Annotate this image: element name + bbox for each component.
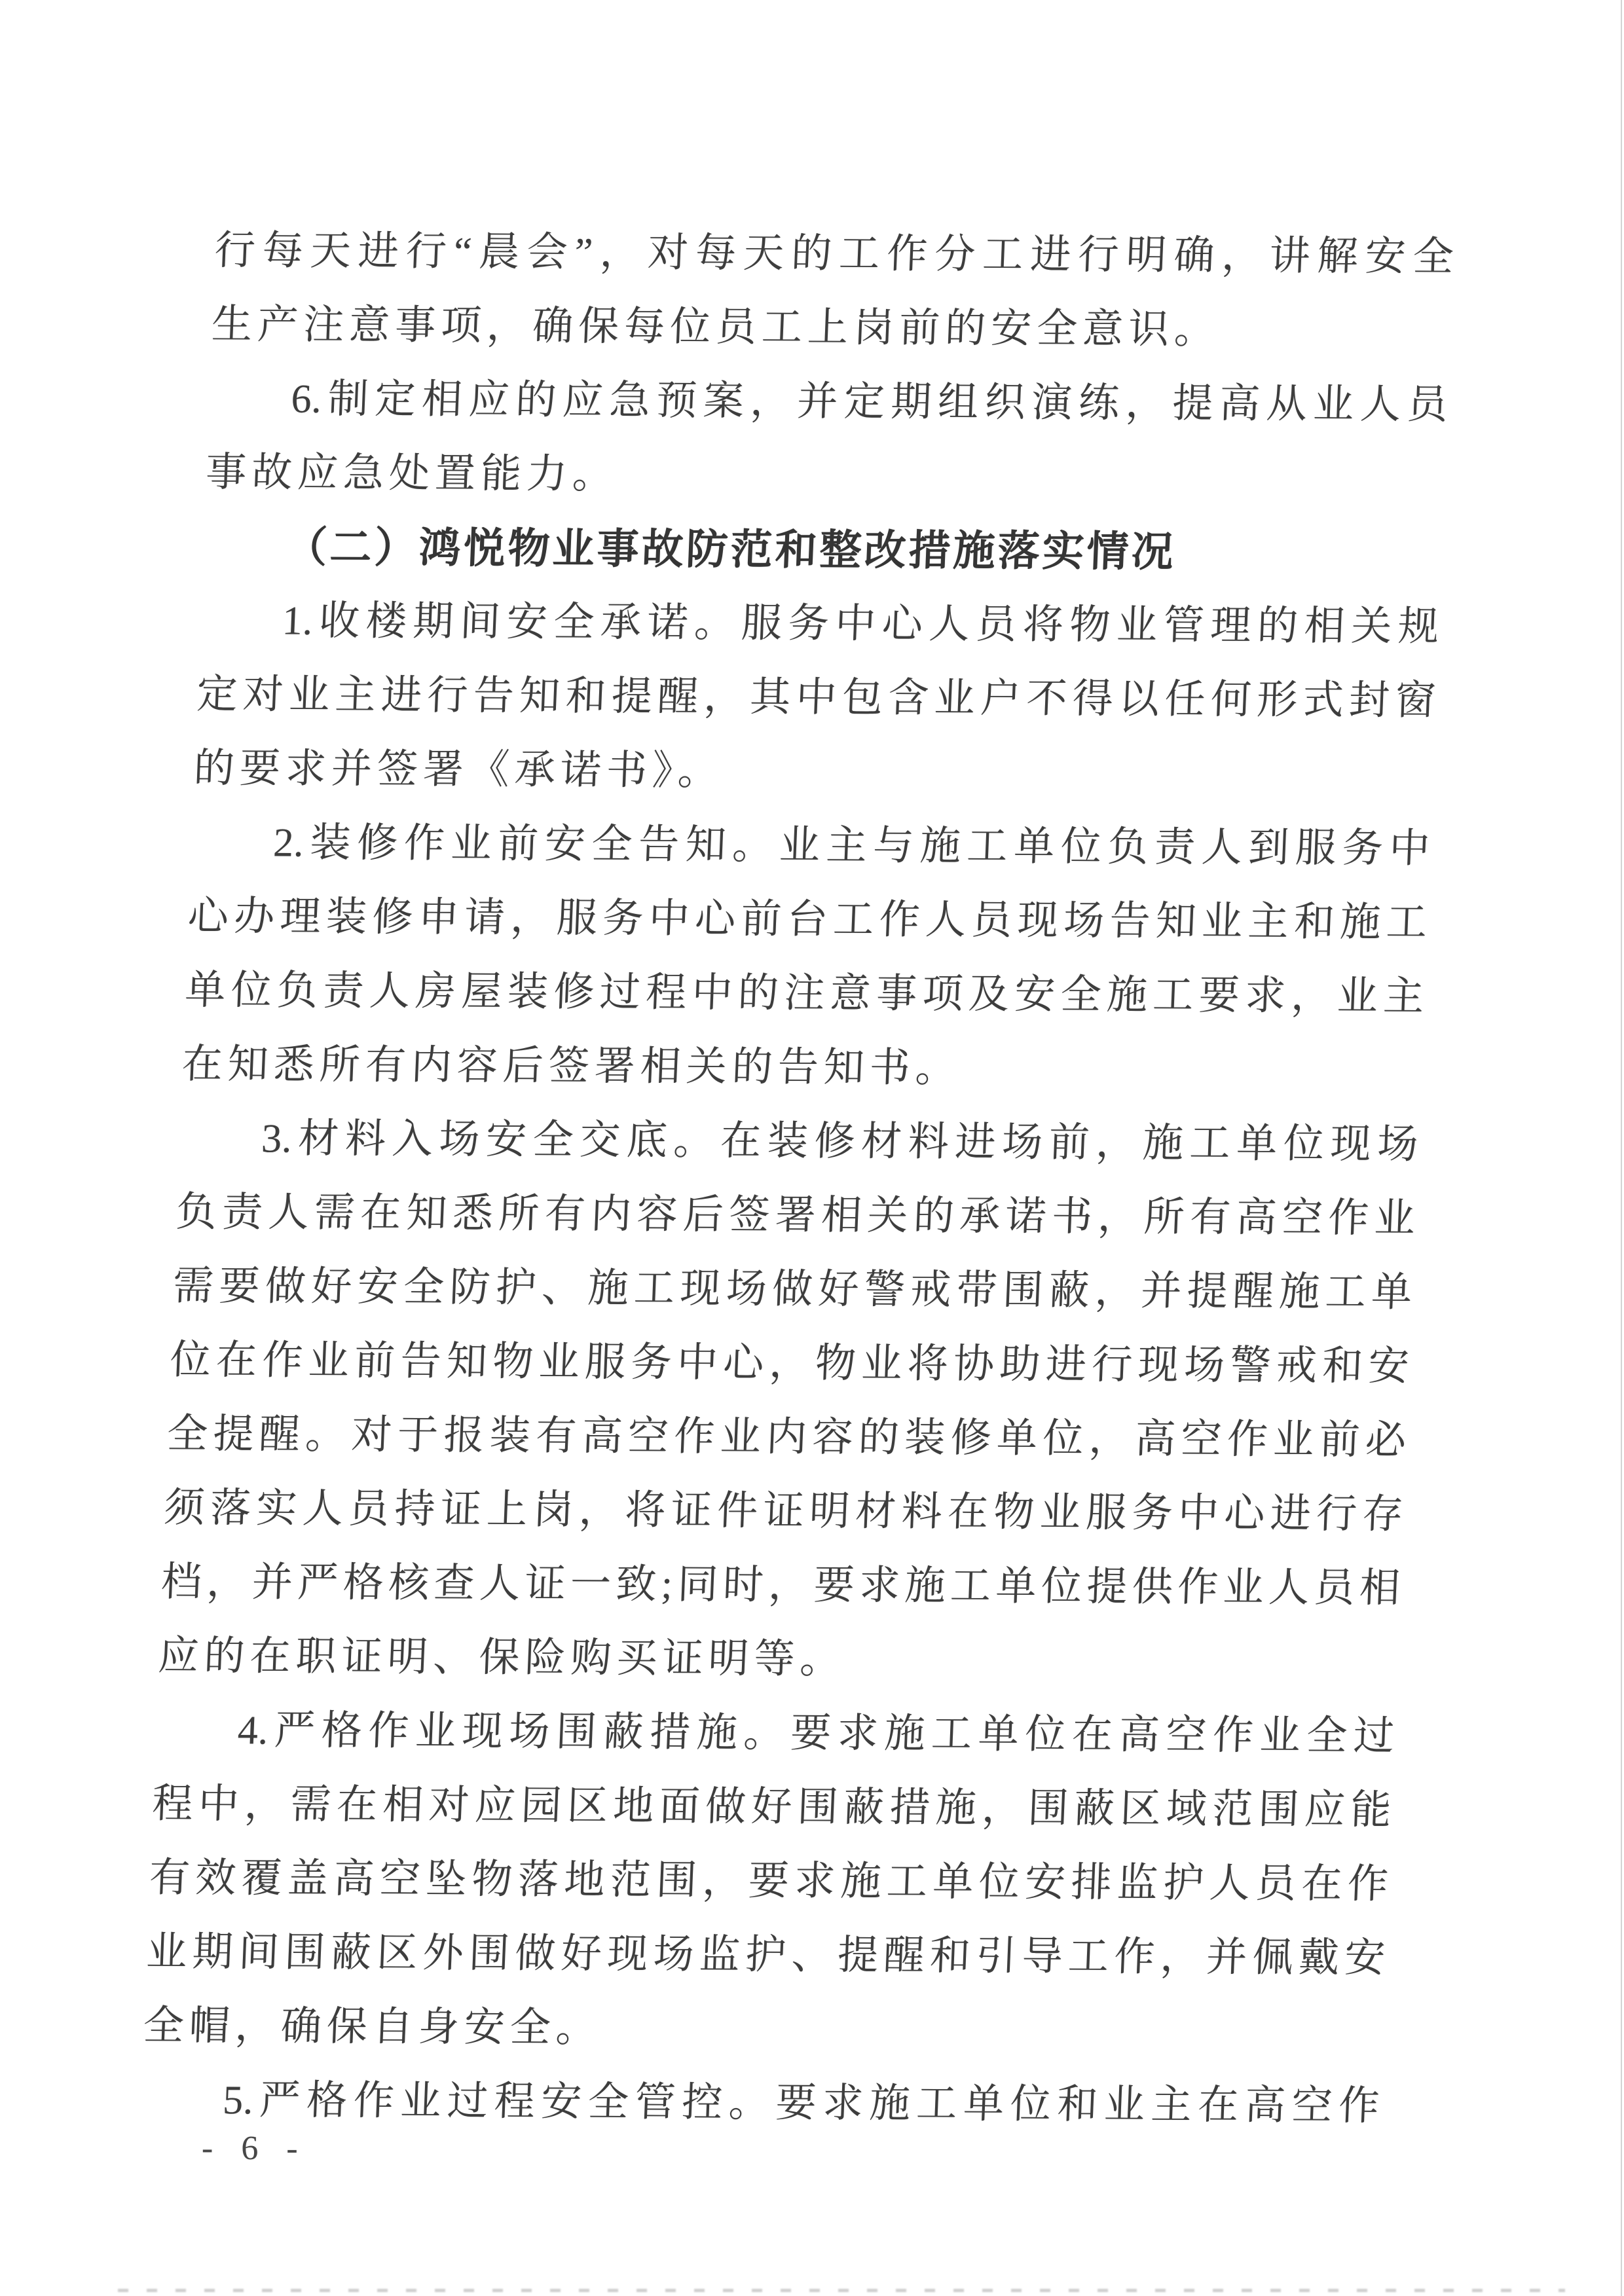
text-line: 需要做好安全防护、施工现场做好警戒带围蔽，并提醒施工单 [172, 1250, 1414, 1330]
text-line: 行每天进行“晨会”，对每天的工作分工进行明确，讲解安全 [213, 214, 1455, 295]
text-line: 定对业主进行告知和提醒，其中包含业户不得以任何形式封窗 [195, 658, 1437, 738]
text-line: 2.装修作业前安全告知。业主与施工单位负责人到服务中 [189, 806, 1431, 886]
text-line: 3.材料入场安全交底。在装修材料进场前，施工单位现场 [177, 1102, 1420, 1182]
text-line: 的要求并签署《承诺书》。 [193, 732, 1435, 812]
text-line: 单位负责人房屋装修过程中的注意事项及安全施工要求，业主 [183, 954, 1426, 1034]
scan-artifact-bottom-edge [118, 2289, 1565, 2292]
text-line: 在知悉所有内容后签署相关的告知书。 [181, 1028, 1423, 1108]
document-body: 行每天进行“晨会”，对每天的工作分工进行明确，讲解安全生产注意事项，确保每位员工… [139, 214, 1455, 2143]
text-line: 业期间围蔽区外围做好现场监护、提醒和引导工作，并佩戴安 [145, 1915, 1387, 1995]
text-line: 档，并严格核查人证一致;同时，要求施工单位提供作业人员相 [160, 1546, 1402, 1626]
scan-artifact-right-edge [1621, 0, 1622, 2296]
text-line: 全帽，确保自身安全。 [142, 1989, 1384, 2069]
section-heading: （二）鸿悦物业事故防范和整改措施落实情况 [201, 510, 1443, 591]
page-number: - 6 - [202, 2129, 299, 2169]
text-line: 程中，需在相对应园区地面做好围蔽措施，围蔽区域范围应能 [151, 1768, 1393, 1848]
text-line: 1.收楼期间安全承诺。服务中心人员将物业管理的相关规 [198, 584, 1441, 665]
text-line: 应的在职证明、保险购买证明等。 [157, 1620, 1399, 1700]
text-line: 事故应急处置能力。 [204, 436, 1447, 517]
text-line: 心办理装修申请，服务中心前台工作人员现场告知业主和施工 [187, 880, 1429, 960]
text-line: 4.严格作业现场围蔽措施。要求施工单位在高空作业全过 [154, 1694, 1396, 1774]
text-line: 负责人需在知悉所有内容后签署相关的承诺书，所有高空作业 [174, 1176, 1416, 1256]
text-line: 须落实人员持证上岗，将证件证明材料在物业服务中心进行存 [162, 1472, 1405, 1552]
text-line: 生产注意事项，确保每位员工上岗前的安全意识。 [210, 288, 1452, 369]
text-line: 6.制定相应的应急预案，并定期组织演练，提高从业人员 [207, 362, 1449, 443]
scanned-document-page: 行每天进行“晨会”，对每天的工作分工进行明确，讲解安全生产注意事项，确保每位员工… [0, 0, 1624, 2296]
text-line: 位在作业前告知物业服务中心，物业将协助进行现场警戒和安 [168, 1324, 1411, 1404]
text-line: 5.严格作业过程安全管控。要求施工单位和业主在高空作 [139, 2063, 1381, 2143]
text-line: 有效覆盖高空坠物落地范围，要求施工单位安排监护人员在作 [148, 1842, 1390, 1922]
text-line: 全提醒。对于报装有高空作业内容的装修单位，高空作业前必 [166, 1398, 1408, 1478]
